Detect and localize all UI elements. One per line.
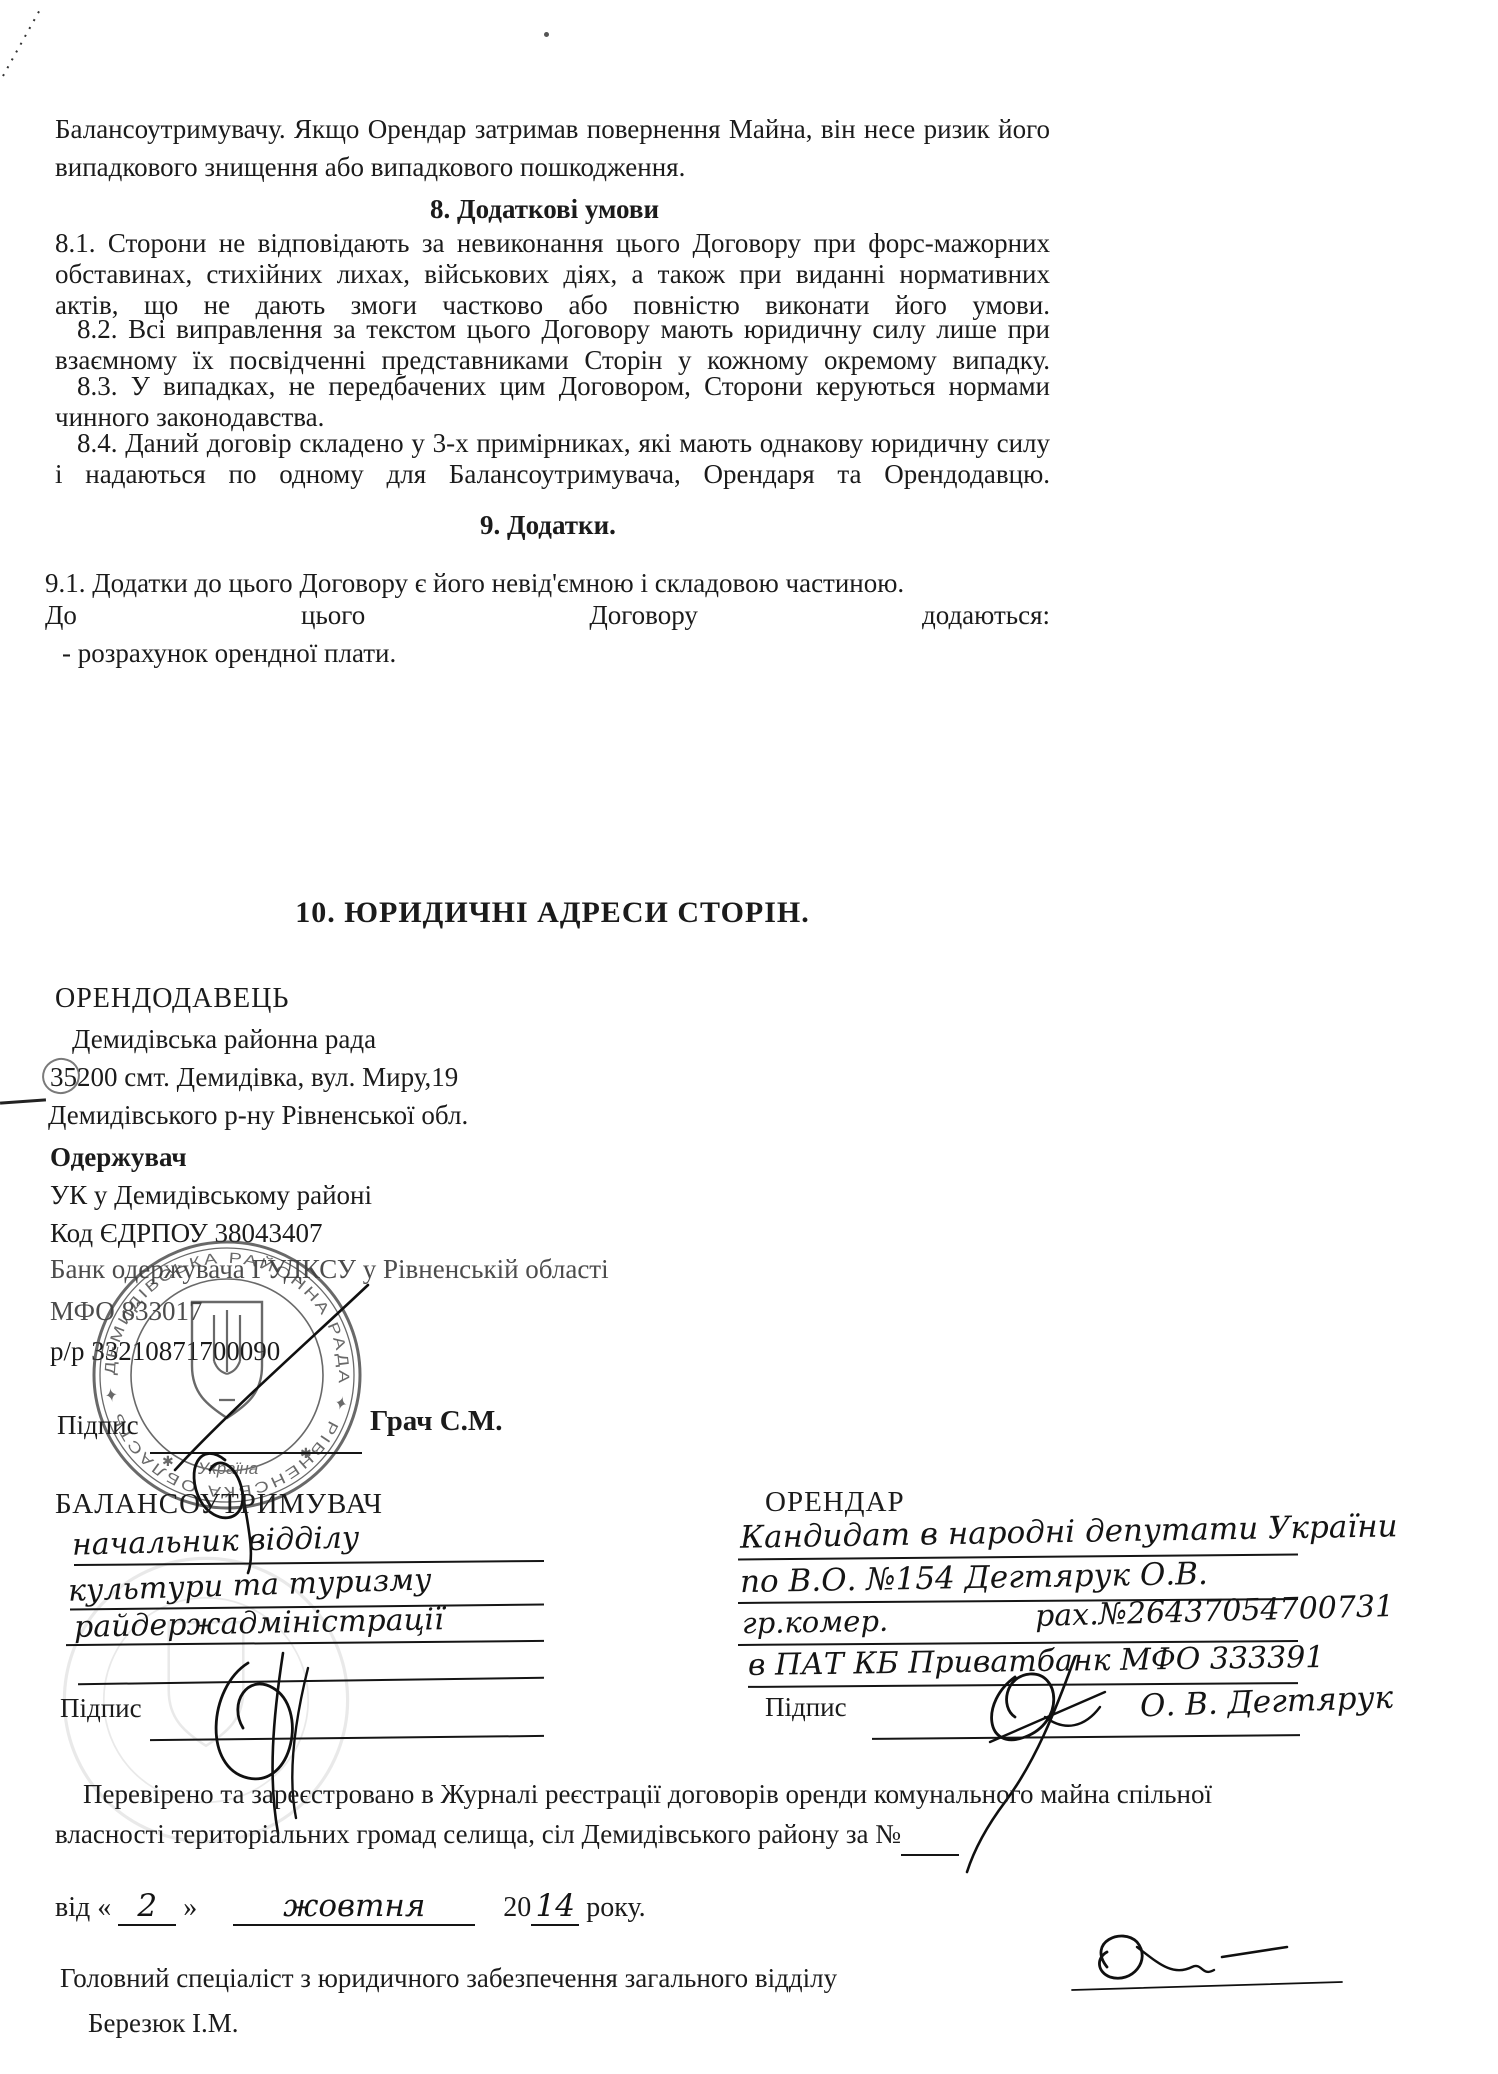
section-9-title: 9. Додатки. — [480, 510, 616, 541]
lessee-sign-name: О. В. Дегтярук — [1139, 1680, 1393, 1725]
footer-signature — [1052, 1922, 1392, 2007]
clause-8-2: 8.2. Всі виправлення за текстом цього До… — [55, 314, 1050, 376]
lessor-address: 35200 смт. Демидівка, вул. Миру,19 — [50, 1062, 458, 1093]
holder-sign-label: Підпис — [60, 1693, 142, 1724]
holder-heading: БАЛАНСОУТРИМУВАЧ — [55, 1488, 383, 1521]
section-8-title: 8. Додаткові умови — [430, 194, 659, 225]
date-month-hand: жовтня — [283, 1888, 425, 1924]
date-month-box: жовтня — [233, 1888, 475, 1926]
lessee-handwritten-3a: гр.комер. — [742, 1604, 889, 1641]
registration-number-blank — [901, 1814, 959, 1856]
receiver-name: УК у Демидівському районі — [50, 1180, 372, 1211]
lessor-district: Демидівського р-ну Рівненської обл. — [48, 1100, 468, 1131]
lessee-heading: ОРЕНДАР — [765, 1486, 905, 1519]
registration-paragraph: Перевірено та зареєстровано в Журналі ре… — [55, 1774, 1220, 1856]
lessee-handwritten-2: по В.О. №154 Дегтярук О.В. — [740, 1556, 1208, 1600]
clause-9-1: 9.1. Додатки до цього Договору є його не… — [45, 568, 904, 599]
clause-9-1-list-item: - розрахунок орендної плати. — [62, 638, 396, 669]
intro-paragraph: Балансоутримувачу. Якщо Орендар затримав… — [55, 110, 1050, 186]
scanned-contract-page: Балансоутримувачу. Якщо Орендар затримав… — [0, 0, 1498, 2074]
clause-9-1-append: До цього Договору додаються: — [45, 600, 1050, 631]
lessor-sign-label: Підпис — [57, 1410, 139, 1441]
scan-artifact-diagonal — [0, 0, 48, 80]
scan-margin-dash — [0, 1098, 46, 1104]
lessor-org: Демидівська районна рада — [72, 1024, 376, 1055]
date-close-quote: » — [183, 1892, 197, 1923]
lessee-sign-label: Підпис — [765, 1692, 847, 1723]
lessor-sign-name: Грач С.М. — [370, 1405, 503, 1438]
date-line: від « 2 » жовтня 2014 року. — [55, 1888, 646, 1926]
scan-speck — [544, 32, 549, 37]
clause-8-1: 8.1. Сторони не відповідають за невикона… — [55, 228, 1050, 321]
registration-text: Перевірено та зареєстровано в Журналі ре… — [55, 1779, 1212, 1849]
clause-8-4: 8.4. Даний договір складено у 3-х примір… — [55, 428, 1050, 490]
date-prefix: від « — [55, 1892, 111, 1923]
receiver-label: Одержувач — [50, 1142, 187, 1173]
section-10-title: 10. ЮРИДИЧНІ АДРЕСИ СТОРІН. — [55, 896, 1050, 930]
date-year-box: 14 — [531, 1888, 579, 1926]
footer-specialist-name: Березюк І.М. — [88, 2008, 239, 2039]
clause-8-3: 8.3. У випадках, не передбачених цим Дог… — [55, 371, 1050, 433]
date-year-printed: 20 — [503, 1892, 531, 1923]
date-year-hand: 14 — [536, 1888, 575, 1924]
date-day-hand: 2 — [137, 1888, 157, 1924]
footer-specialist-line: Головний спеціаліст з юридичного забезпе… — [60, 1963, 837, 1994]
lessor-heading: ОРЕНДОДАВЕЦЬ — [55, 983, 289, 1015]
date-suffix: року. — [586, 1892, 645, 1923]
date-day-box: 2 — [118, 1888, 176, 1926]
